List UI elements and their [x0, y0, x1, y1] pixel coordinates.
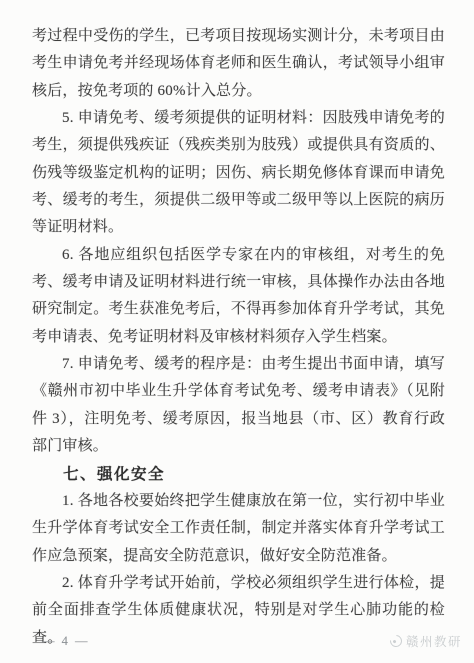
document-page: 考过程中受伤的学生，已考项目按现场实测计分，未考项目由考生申请免考并经现场体育老… — [0, 0, 474, 663]
paragraph-continuation: 考过程中受伤的学生，已考项目按现场实测计分，未考项目由考生申请免考并经现场体育老… — [32, 23, 445, 105]
paragraph-item-6: 6. 各地应组织包括医学专家在内的审核组，对考生的免考、缓考申请及证明材料进行统… — [32, 242, 445, 351]
paragraph-item-7: 7. 申请免考、缓考的程序是：由考生提出书面申请，填写《赣州市初中毕业生升学体育… — [32, 351, 445, 460]
paragraph-item-1: 1. 各地各校要始终把学生健康放在第一位，实行初中毕业生升学体育考试安全工作责任… — [32, 488, 445, 570]
document-body: 考过程中受伤的学生，已考项目按现场实测计分，未考项目由考生申请免考并经现场体育老… — [32, 23, 445, 652]
page-number: — 4 — — [42, 634, 90, 649]
paragraph-item-5: 5. 申请免考、缓考须提供的证明材料：因肢残申请免考的考生，须提供残疾证（残疾类… — [32, 105, 445, 242]
watermark: 赣州教研 — [390, 632, 462, 650]
watermark-logo-icon — [388, 633, 405, 650]
watermark-text: 赣州教研 — [406, 632, 462, 650]
page-footer: — 4 — 赣州教研 — [32, 632, 462, 650]
section-heading: 七、强化安全 — [32, 461, 445, 488]
